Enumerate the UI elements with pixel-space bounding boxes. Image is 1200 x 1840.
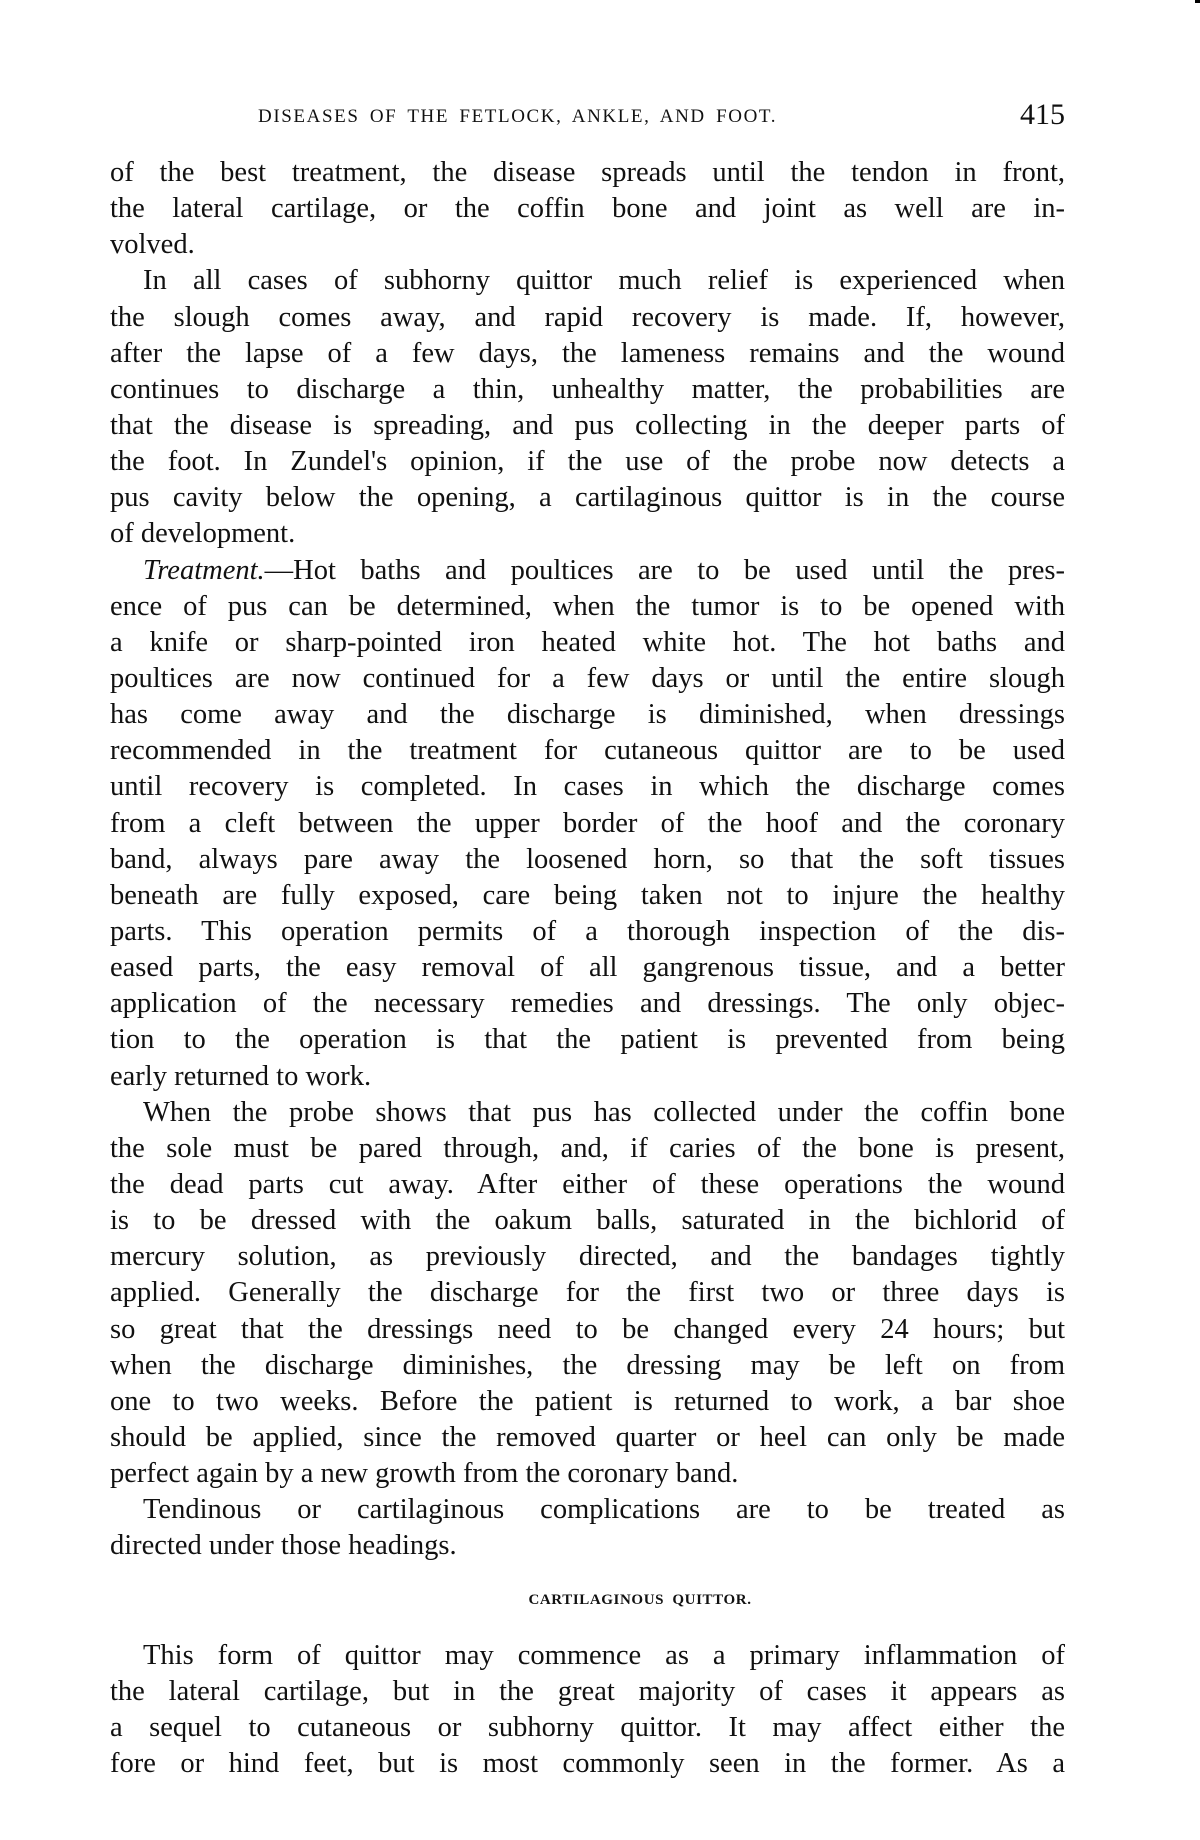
- text-line: volved.: [110, 227, 1065, 263]
- running-title: DISEASES OF THE FETLOCK, ANKLE, AND FOOT…: [258, 106, 777, 128]
- text-line: of the best treatment, the disease sprea…: [110, 155, 1065, 191]
- text-line: that the disease is spreading, and pus c…: [110, 408, 1065, 444]
- text-line: the lateral cartilage, but in the great …: [110, 1674, 1065, 1710]
- text-line: a sequel to cutaneous or subhorny quitto…: [110, 1710, 1065, 1746]
- paragraph-start-line: In all cases of subhorny quittor much re…: [110, 263, 1065, 299]
- section-body-text: This form of quittor may commence as a p…: [110, 1638, 1065, 1783]
- text-line: eased parts, the easy removal of all gan…: [110, 950, 1065, 986]
- paragraph-start-line: Tendinous or cartilaginous complications…: [110, 1492, 1065, 1528]
- text-line: should be applied, since the removed qua…: [110, 1420, 1065, 1456]
- text-line: ence of pus can be determined, when the …: [110, 589, 1065, 625]
- body-text: of the best treatment, the disease sprea…: [110, 155, 1065, 1564]
- paragraph-start-line: This form of quittor may commence as a p…: [110, 1638, 1065, 1674]
- treatment-label: Treatment.: [143, 555, 265, 586]
- book-page: DISEASES OF THE FETLOCK, ANKLE, AND FOOT…: [0, 0, 1200, 1840]
- text-line: after the lapse of a few days, the lamen…: [110, 336, 1065, 372]
- paragraph-start-line: When the probe shows that pus has collec…: [110, 1095, 1065, 1131]
- running-header: DISEASES OF THE FETLOCK, ANKLE, AND FOOT…: [110, 98, 1065, 132]
- text-line: band, always pare away the loosened horn…: [110, 842, 1065, 878]
- text-line: directed under those headings.: [110, 1528, 1065, 1564]
- text-line: the slough comes away, and rapid recover…: [110, 300, 1065, 336]
- text-line: applied. Generally the discharge for the…: [110, 1275, 1065, 1311]
- text-line: mercury solution, as previously directed…: [110, 1239, 1065, 1275]
- text-line: until recovery is completed. In cases in…: [110, 769, 1065, 805]
- treatment-paragraph-start: Treatment.—Hot baths and poultices are t…: [110, 553, 1065, 589]
- text-line: application of the necessary remedies an…: [110, 986, 1065, 1022]
- text-line: pus cavity below the opening, a cartilag…: [110, 480, 1065, 516]
- text-line: the lateral cartilage, or the coffin bon…: [110, 191, 1065, 227]
- text-line: the dead parts cut away. After either of…: [110, 1167, 1065, 1203]
- text-line: perfect again by a new growth from the c…: [110, 1456, 1065, 1492]
- page-number: 415: [1020, 98, 1065, 132]
- text-line: poultices are now continued for a few da…: [110, 661, 1065, 697]
- scan-artifact: [1195, 0, 1200, 3]
- text-line: of development.: [110, 516, 1065, 552]
- treatment-line-text: —Hot baths and poultices are to be used …: [265, 555, 1065, 586]
- text-line: a knife or sharp-pointed iron heated whi…: [110, 625, 1065, 661]
- text-line: so great that the dressings need to be c…: [110, 1312, 1065, 1348]
- text-line: parts. This operation permits of a thoro…: [110, 914, 1065, 950]
- text-line: from a cleft between the upper border of…: [110, 806, 1065, 842]
- text-line: recommended in the treatment for cutaneo…: [110, 733, 1065, 769]
- text-line: one to two weeks. Before the patient is …: [110, 1384, 1065, 1420]
- text-line: is to be dressed with the oakum balls, s…: [110, 1203, 1065, 1239]
- text-line: the sole must be pared through, and, if …: [110, 1131, 1065, 1167]
- text-line: tion to the operation is that the patien…: [110, 1022, 1065, 1058]
- text-line: when the discharge diminishes, the dress…: [110, 1348, 1065, 1384]
- text-line: fore or hind feet, but is most commonly …: [110, 1746, 1065, 1782]
- text-line: the foot. In Zundel's opinion, if the us…: [110, 444, 1065, 480]
- text-line: has come away and the discharge is dimin…: [110, 697, 1065, 733]
- text-line: beneath are fully exposed, care being ta…: [110, 878, 1065, 914]
- text-line: continues to discharge a thin, unhealthy…: [110, 372, 1065, 408]
- text-line: early returned to work.: [110, 1059, 1065, 1095]
- section-heading: CARTILAGINOUS QUITTOR.: [0, 1592, 1200, 1609]
